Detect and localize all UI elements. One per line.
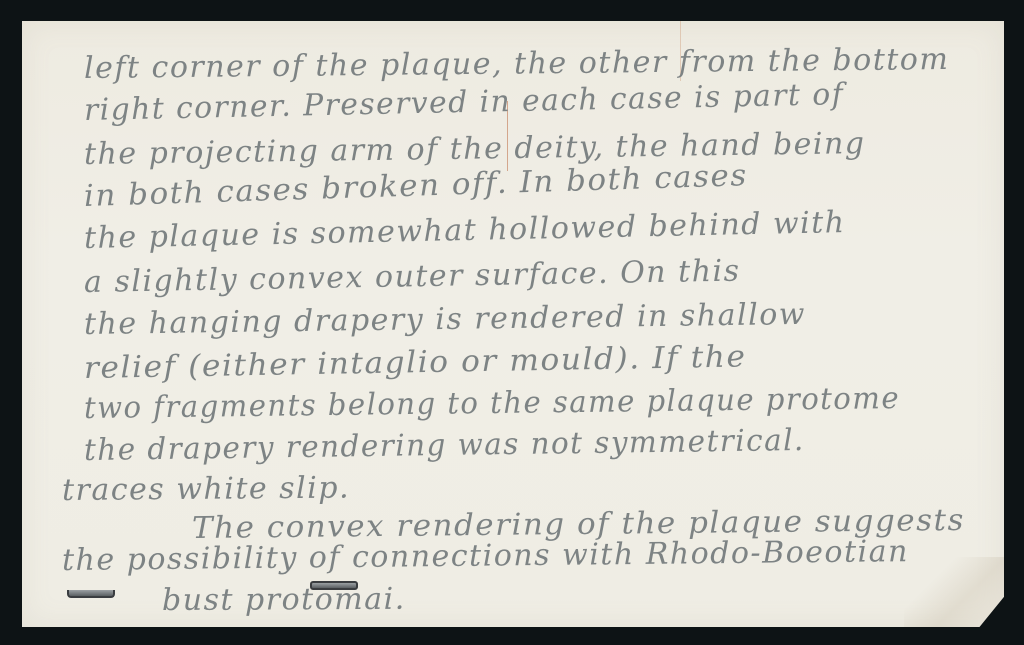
text-line-3: the projecting arm of the deity, the han…	[84, 126, 866, 172]
scanned-page: left corner of the plaque, the other fro…	[0, 0, 1024, 645]
worn-corner	[904, 557, 1004, 627]
text-line-13: the possibility of connections with Rhod…	[62, 534, 909, 578]
text-line-11: traces white slip.	[62, 470, 350, 508]
text-line-5: the plaque is somewhat hollowed behind w…	[84, 205, 846, 256]
text-line-6: a slightly convex outer surface. On this	[84, 254, 741, 300]
text-line-9: two fragments belong to the same plaque …	[84, 381, 900, 426]
text-line-8: relief (either intaglio or mould). If th…	[84, 339, 747, 386]
text-line-10: the drapery rendering was not symmetrica…	[84, 423, 805, 468]
staple-middle	[310, 581, 358, 590]
text-line-14: bust protomai.	[162, 582, 406, 618]
staple-left	[67, 590, 115, 598]
text-line-7: the hanging drapery is rendered in shall…	[84, 297, 806, 342]
index-card: left corner of the plaque, the other fro…	[22, 21, 1004, 627]
